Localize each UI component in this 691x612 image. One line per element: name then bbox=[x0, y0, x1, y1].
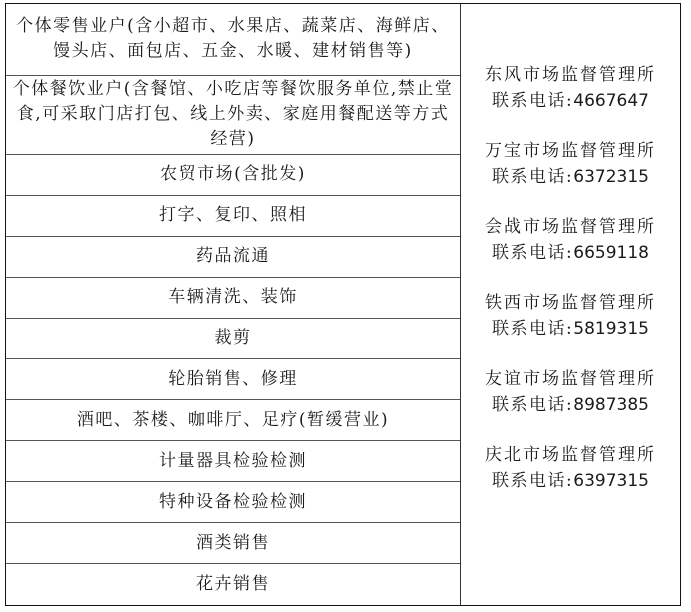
phone-number: 6659118 bbox=[573, 243, 649, 263]
industry-label: 个体餐饮业户(含餐馆、小吃店等餐饮服务单位,禁止堂食,可采取门店打包、线上外卖、… bbox=[8, 77, 458, 152]
industry-row: 酒吧、茶楼、咖啡厅、足疗(暂缓营业) bbox=[6, 400, 460, 441]
industry-row: 裁剪 bbox=[6, 319, 460, 360]
industry-label: 酒类销售 bbox=[196, 531, 270, 556]
office-name: 友谊市场监督管理所 bbox=[485, 366, 656, 392]
industry-label: 花卉销售 bbox=[196, 572, 270, 597]
office-contact: 万宝市场监督管理所 联系电话:6372315 bbox=[485, 138, 656, 190]
industry-row: 花卉销售 bbox=[6, 564, 460, 605]
phone-label: 联系电话: bbox=[492, 395, 573, 415]
office-name: 东风市场监督管理所 bbox=[485, 62, 656, 88]
industry-row-catering: 个体餐饮业户(含餐馆、小吃店等餐饮服务单位,禁止堂食,可采取门店打包、线上外卖、… bbox=[6, 76, 460, 155]
office-phone-line: 联系电话:8987385 bbox=[485, 392, 656, 418]
industry-row: 计量器具检验检测 bbox=[6, 441, 460, 482]
industry-column: 个体零售业户(含小超市、水果店、蔬菜店、海鲜店、馒头店、面包店、五金、水暖、建材… bbox=[6, 4, 461, 605]
office-name: 万宝市场监督管理所 bbox=[485, 138, 656, 164]
office-phone-line: 联系电话:6397315 bbox=[485, 468, 656, 494]
industry-label: 酒吧、茶楼、咖啡厅、足疗(暂缓营业) bbox=[77, 408, 389, 433]
office-contact: 会战市场监督管理所 联系电话:6659118 bbox=[485, 214, 656, 266]
office-contact: 庆北市场监督管理所 联系电话:6397315 bbox=[485, 442, 656, 494]
industry-label: 轮胎销售、修理 bbox=[168, 367, 298, 392]
office-name: 会战市场监督管理所 bbox=[485, 214, 656, 240]
industry-row: 车辆清洗、装饰 bbox=[6, 278, 460, 319]
phone-number: 6372315 bbox=[573, 167, 649, 187]
industry-label: 车辆清洗、装饰 bbox=[168, 285, 298, 310]
industry-label: 裁剪 bbox=[215, 326, 252, 351]
industry-row: 农贸市场(含批发) bbox=[6, 155, 460, 196]
phone-number: 5819315 bbox=[573, 319, 649, 339]
industry-row: 药品流通 bbox=[6, 237, 460, 278]
industry-row: 轮胎销售、修理 bbox=[6, 359, 460, 400]
phone-label: 联系电话: bbox=[492, 91, 573, 111]
industry-row-retail: 个体零售业户(含小超市、水果店、蔬菜店、海鲜店、馒头店、面包店、五金、水暖、建材… bbox=[6, 4, 460, 76]
office-name: 铁西市场监督管理所 bbox=[485, 290, 656, 316]
phone-label: 联系电话: bbox=[492, 319, 573, 339]
office-contact: 友谊市场监督管理所 联系电话:8987385 bbox=[485, 366, 656, 418]
office-contact: 东风市场监督管理所 联系电话:4667647 bbox=[485, 62, 656, 114]
phone-number: 8987385 bbox=[573, 395, 649, 415]
phone-label: 联系电话: bbox=[492, 167, 573, 187]
office-phone-line: 联系电话:6659118 bbox=[485, 240, 656, 266]
office-contacts-column: 东风市场监督管理所 联系电话:4667647 万宝市场监督管理所 联系电话:63… bbox=[461, 4, 680, 605]
industry-row: 特种设备检验检测 bbox=[6, 482, 460, 523]
phone-number: 4667647 bbox=[573, 91, 649, 111]
phone-label: 联系电话: bbox=[492, 471, 573, 491]
industry-label: 个体零售业户(含小超市、水果店、蔬菜店、海鲜店、馒头店、面包店、五金、水暖、建材… bbox=[8, 14, 458, 64]
industry-row: 打字、复印、照相 bbox=[6, 196, 460, 237]
industry-label: 计量器具检验检测 bbox=[159, 449, 307, 474]
phone-label: 联系电话: bbox=[492, 243, 573, 263]
industry-label: 农贸市场(含批发) bbox=[160, 162, 306, 187]
phone-number: 6397315 bbox=[573, 471, 649, 491]
office-phone-line: 联系电话:6372315 bbox=[485, 164, 656, 190]
office-phone-line: 联系电话:5819315 bbox=[485, 316, 656, 342]
office-contact: 铁西市场监督管理所 联系电话:5819315 bbox=[485, 290, 656, 342]
office-name: 庆北市场监督管理所 bbox=[485, 442, 656, 468]
industry-label: 药品流通 bbox=[196, 244, 270, 269]
industry-label: 打字、复印、照相 bbox=[159, 203, 307, 228]
industry-label: 特种设备检验检测 bbox=[159, 490, 307, 515]
office-phone-line: 联系电话:4667647 bbox=[485, 88, 656, 114]
industry-row: 酒类销售 bbox=[6, 523, 460, 564]
industry-contact-table: 个体零售业户(含小超市、水果店、蔬菜店、海鲜店、馒头店、面包店、五金、水暖、建材… bbox=[5, 3, 681, 606]
